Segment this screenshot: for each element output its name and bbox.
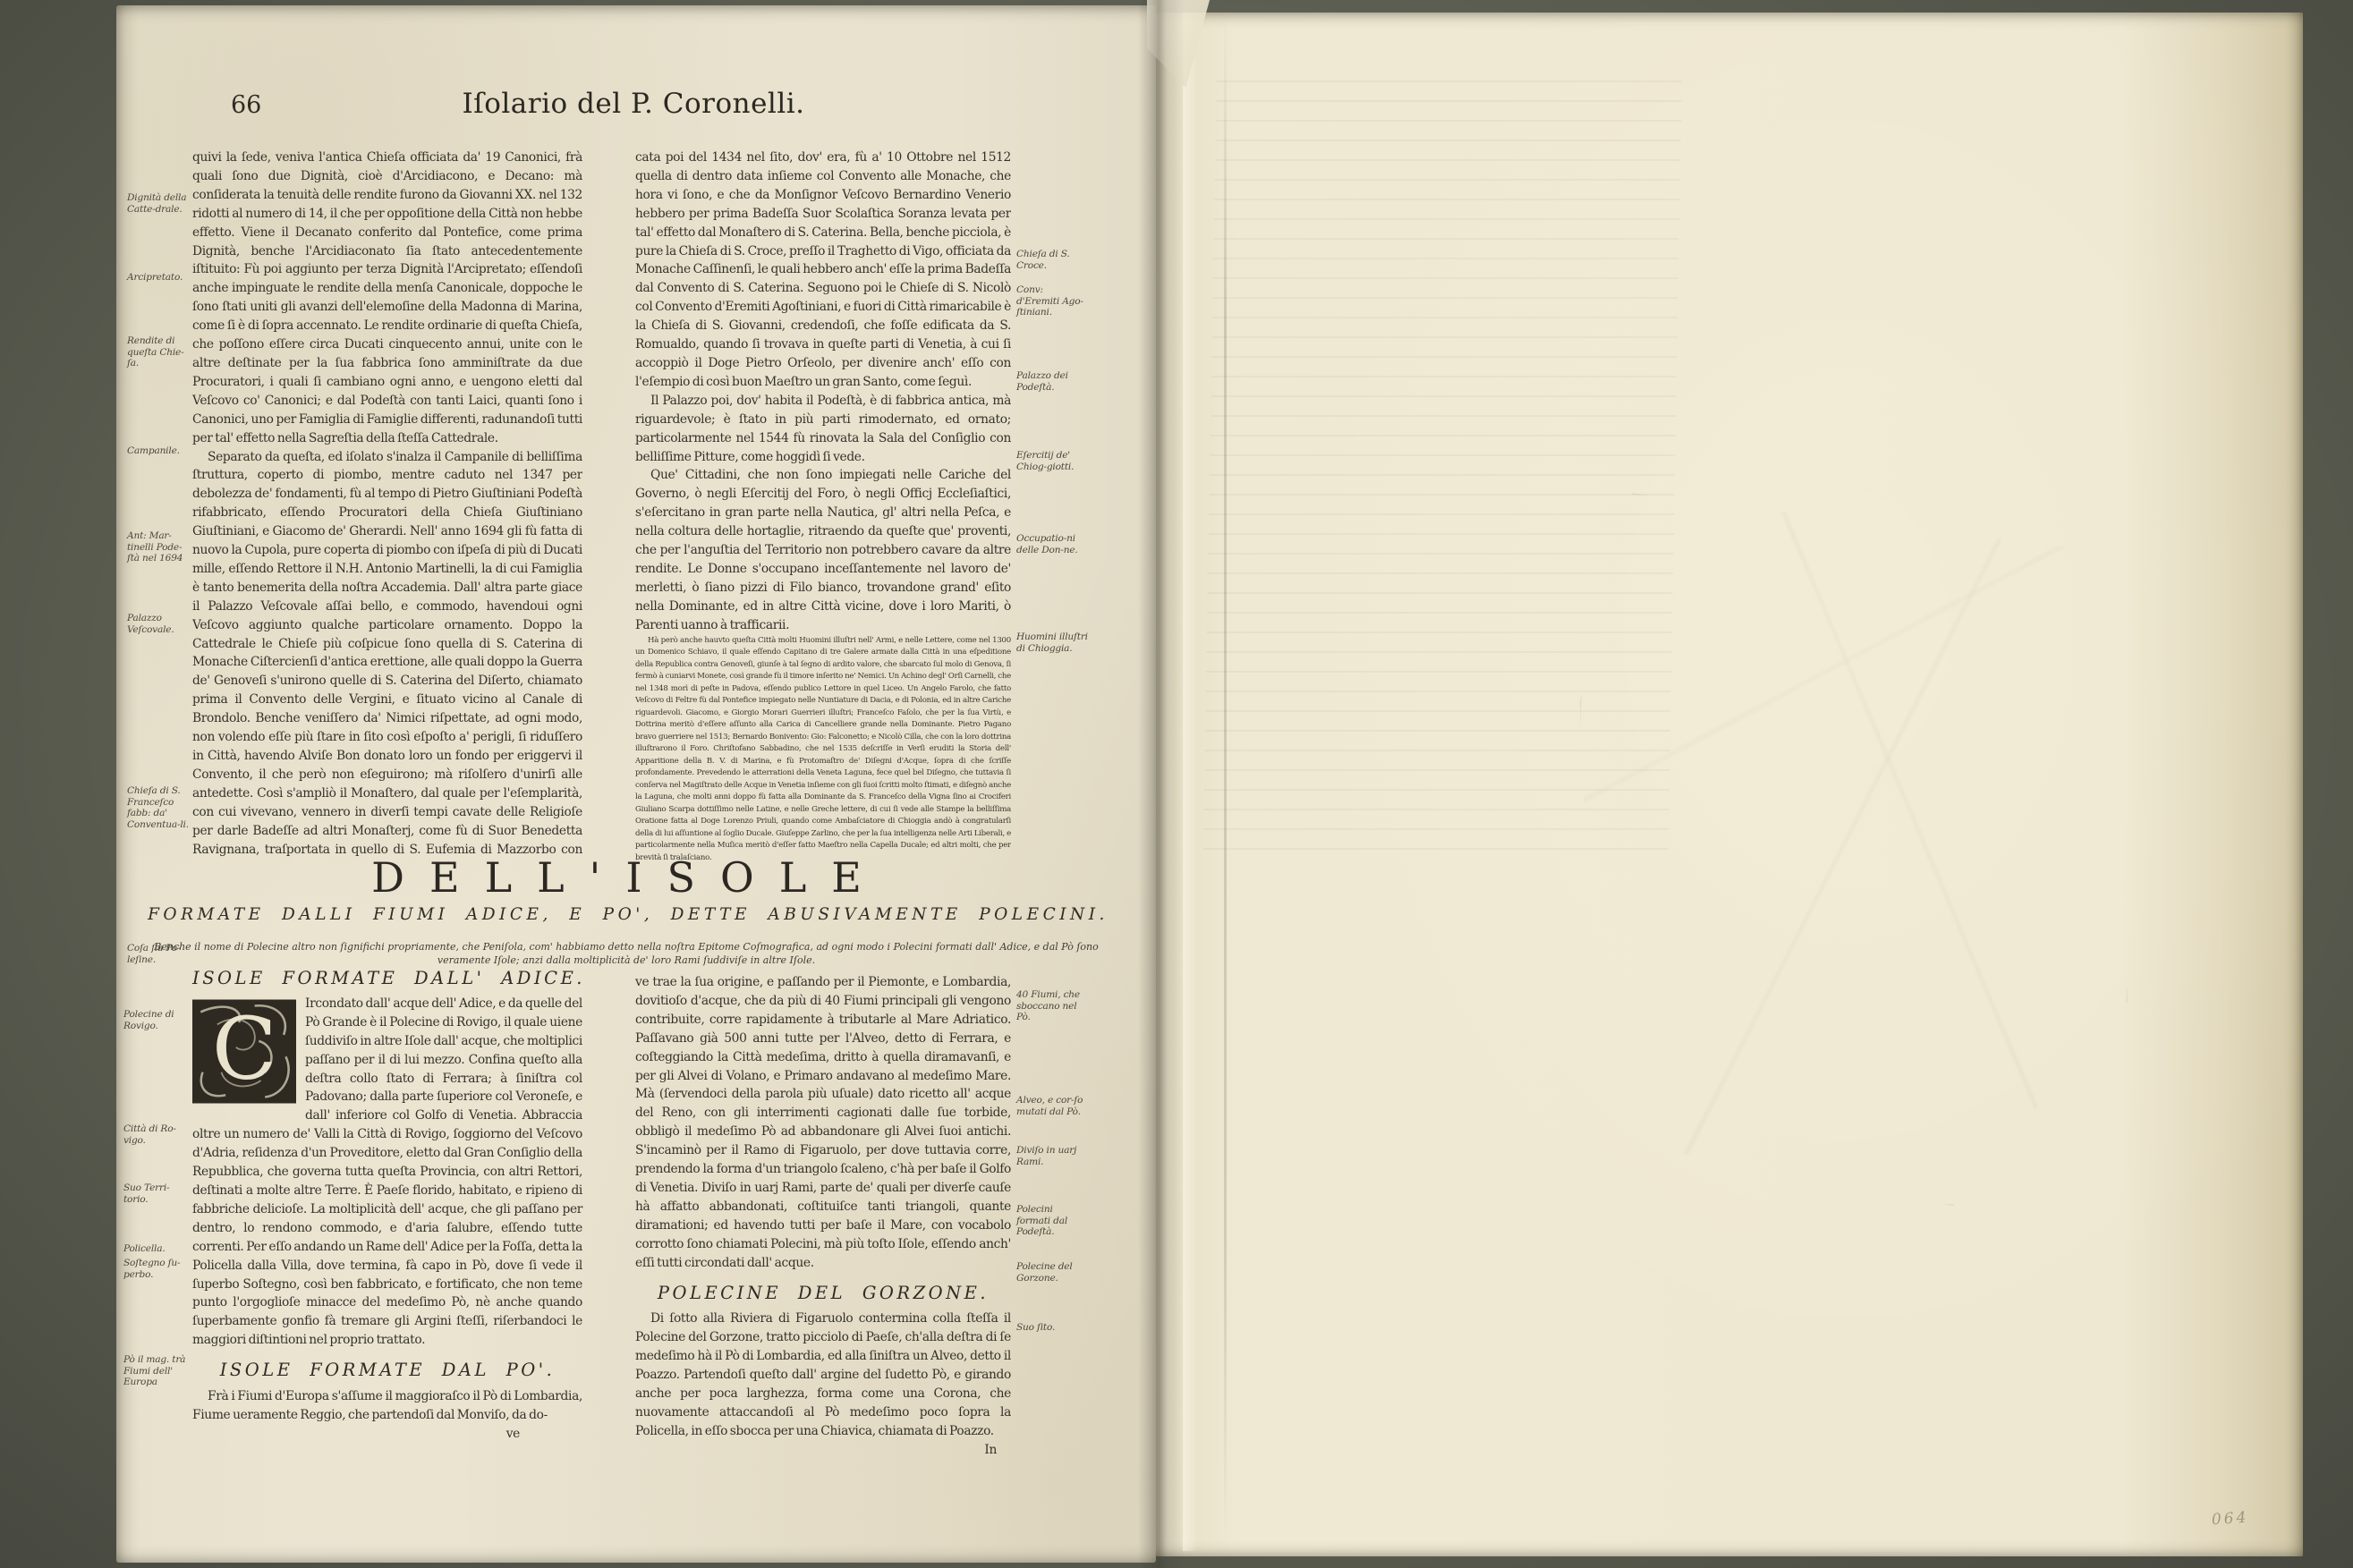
page-crease-highlight — [1183, 13, 1197, 1551]
margin-note: Palazzo Veſcovale. — [127, 613, 190, 635]
margin-note: Città di Ro-vigo. — [123, 1123, 186, 1146]
body-column-bottom-left: ISOLE FORMATE DALL' ADICE. CIrcondato da… — [192, 970, 582, 1444]
margin-note: Policella. — [123, 1243, 186, 1255]
margin-note: Polecini formati dal Podeſtà. — [1016, 1204, 1088, 1238]
section-intro-note: Benche il nome di Polecine altro non ſig… — [152, 941, 1100, 967]
margin-note: Palazzo dei Podeſtà. — [1016, 370, 1088, 393]
left-page: 66 Iſolario del P. Coronelli. Dignità de… — [116, 5, 1156, 1563]
margin-note: Eſercitij de' Chiog-giotti. — [1016, 450, 1088, 472]
margin-note: Rendite di queſta Chie-ſa. — [127, 335, 190, 369]
margin-note: Chieſa di S. Croce. — [1016, 249, 1088, 271]
paragraph: Que' Cittadini, che non ſono impiegati n… — [635, 466, 1011, 634]
page-crease-line — [1224, 18, 1227, 1538]
margin-note: Coſa ſia Po-leſine. — [127, 943, 190, 965]
catchword: In — [635, 1441, 1011, 1460]
body-column-bottom-right: ve trae la ſua origine, e paſſando per i… — [635, 973, 1011, 1460]
dropcap-letter: C — [212, 1001, 276, 1099]
body-column-top-left: quivi la ſede, veniva l'antica Chieſa of… — [192, 148, 582, 860]
paragraph: Frà i Fiumi d'Europa s'aſſume il maggior… — [192, 1387, 582, 1425]
gutter-shadow — [1138, 0, 1185, 1568]
margin-note: Dignità della Catte-drale. — [127, 192, 190, 215]
margin-note: Suo ſito. — [1016, 1322, 1088, 1334]
running-title: Iſolario del P. Coronelli. — [462, 88, 804, 120]
margin-note: Polecine di Rovigo. — [123, 1009, 186, 1031]
section-subtitle: FORMATE DALLI FIUMI ADICE, E PO', DETTE … — [148, 905, 1109, 924]
paragraph: quivi la ſede, veniva l'antica Chieſa of… — [192, 148, 582, 448]
page-number: 66 — [231, 91, 261, 119]
margin-note: Polecine del Gorzone. — [1016, 1261, 1088, 1284]
margin-note: Alveo, e cor-ſo mutati dal Pò. — [1016, 1095, 1088, 1117]
catchword: ve — [192, 1425, 582, 1444]
heading-isole-po: ISOLE FORMATE DAL PO'. — [192, 1361, 582, 1380]
heading-isole-adice: ISOLE FORMATE DALL' ADICE. — [192, 970, 582, 988]
pencil-inventory-mark: 064 — [2211, 1509, 2249, 1530]
small-print-paragraph: Hà però anche hauvto queſta Città molti … — [635, 635, 1011, 864]
paragraph: ve trae la ſua origine, e paſſando per i… — [635, 973, 1011, 1273]
paragraph: Di ſotto alla Riviera di Figaruolo conte… — [635, 1309, 1011, 1440]
margin-note: Conv: d'Eremiti Ago-ſtiniani. — [1016, 284, 1088, 318]
paragraph-with-dropcap: CIrcondato dall' acque dell' Adice, e da… — [192, 995, 582, 1350]
margin-note: Chieſa di S. Franceſco fabb: da' Convent… — [127, 785, 190, 830]
heading-polecine-gorzone: POLECINE DEL GORZONE. — [635, 1284, 1011, 1303]
margin-note: Soſtegno ſu-perbo. — [123, 1258, 186, 1280]
margin-note: Huomini illuſtri di Chioggia. — [1016, 631, 1088, 654]
paragraph: Separato da queſta, ed iſolato s'inalza … — [192, 448, 582, 861]
margin-note: Ant: Mar-tinelli Pode-ſtà nel 1694 — [127, 530, 190, 564]
margin-note: Arcipretato. — [127, 272, 190, 284]
body-column-top-right: cata poi del 1434 nel ſito, dov' era, fù… — [635, 148, 1011, 864]
margin-note: Diviſo in uarj Rami. — [1016, 1145, 1088, 1167]
margin-note: Campanile. — [127, 445, 190, 457]
margin-note: Suo Terri-torio. — [123, 1182, 186, 1205]
dropcap-ornament-block: C — [192, 998, 296, 1105]
paragraph: cata poi del 1434 nel ſito, dov' era, fù… — [635, 148, 1011, 392]
section-title: DELL'ISOLE — [359, 853, 887, 902]
book-scan: { "page_header": { "number": "66", "titl… — [0, 0, 2353, 1568]
margin-note: 40 Fiumi, che sboccano nel Pò. — [1016, 989, 1088, 1023]
margin-note: Pò il mag. trà Fiumi dell' Europa — [123, 1354, 186, 1388]
paragraph: Il Palazzo poi, dov' habita il Podeſtà, … — [635, 392, 1011, 467]
margin-note: Occupatio-ni delle Don-ne. — [1016, 533, 1088, 555]
